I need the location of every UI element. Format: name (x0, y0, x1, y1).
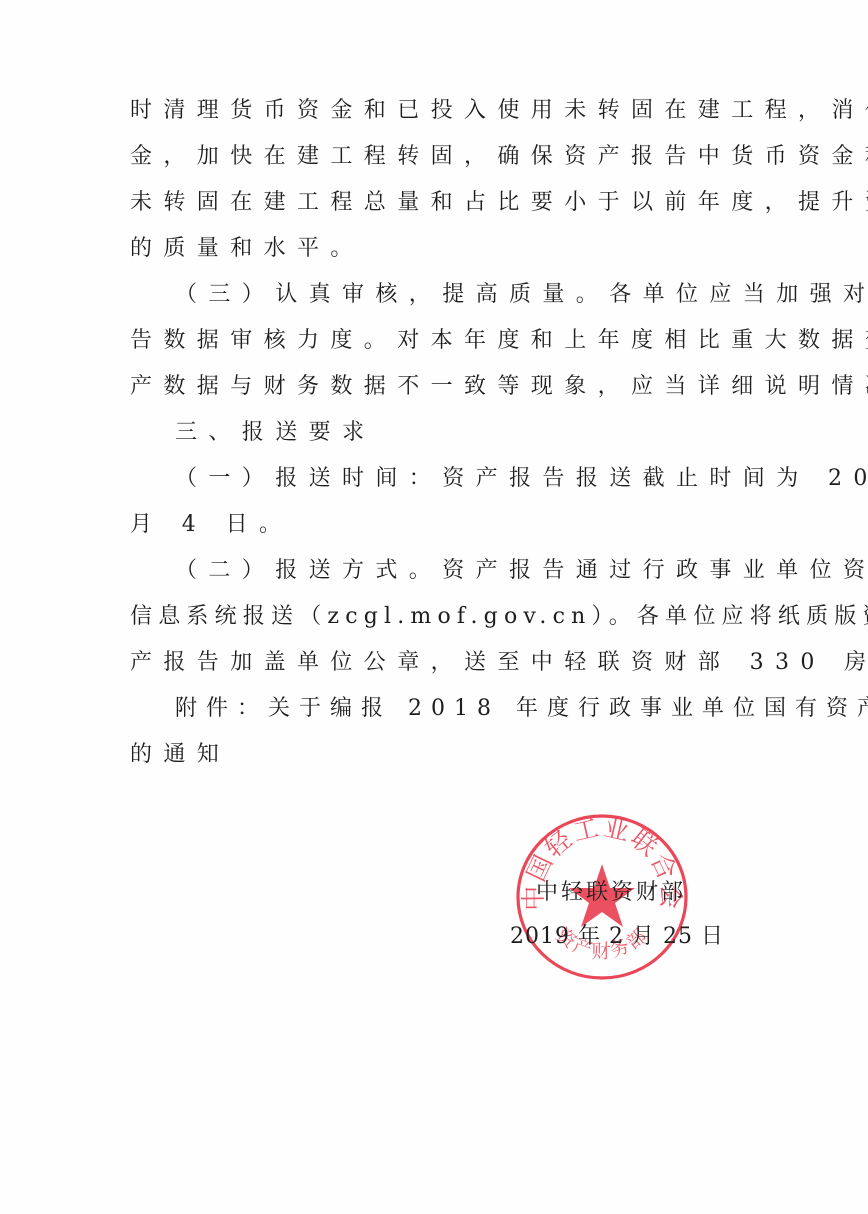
issuer-signature: 中轻联资财部 (536, 870, 686, 916)
text-line: 金，加快在建工程转固，确保资产报告中货币资金和已使用 (130, 134, 740, 180)
paragraph-submission-method: （二）报送方式。资产报告通过行政事业单位资产管理 信息系统报送（zcgl.mof… (130, 548, 740, 686)
paragraph-review-quality: （三）认真审核，提高质量。各单位应当加强对资产报 告数据审核力度。对本年度和上年… (130, 272, 740, 410)
heading-text: 三、报送要求 (130, 410, 740, 456)
text-line: 告数据审核力度。对本年度和上年度相比重大数据变动，资 (130, 318, 740, 364)
issue-date: 2019年2月25日 (510, 914, 732, 960)
paragraph-submission-time: （一）报送时间：资产报告报送截止时间为 2019 年 3 月 4 日。 (130, 456, 740, 548)
date-year-unit: 年 (578, 924, 601, 949)
date-day-unit: 日 (701, 924, 724, 949)
date-month: 2 (609, 924, 624, 949)
text-line: 时清理货币资金和已投入使用未转固在建工程，消化存量资 (130, 88, 740, 134)
text-line: 的质量和水平。 (130, 226, 740, 272)
date-month-unit: 月 (632, 924, 655, 949)
document-body: 时清理货币资金和已投入使用未转固在建工程，消化存量资 金，加快在建工程转固，确保… (130, 88, 740, 778)
paragraph-attachment: 附件：关于编报 2018 年度行政事业单位国有资产报告 的通知 (130, 686, 740, 778)
text-line: 信息系统报送（zcgl.mof.gov.cn）。各单位应将纸质版资 (130, 594, 740, 640)
section-heading-submission: 三、报送要求 (130, 410, 740, 456)
text-line: 未转固在建工程总量和占比要小于以前年度，提升资产管理 (130, 180, 740, 226)
text-line: 附件：关于编报 2018 年度行政事业单位国有资产报告 (130, 686, 740, 732)
paragraph-continuation: 时清理货币资金和已投入使用未转固在建工程，消化存量资 金，加快在建工程转固，确保… (130, 88, 740, 272)
text-line: 产报告加盖单位公章，送至中轻联资财部 330 房间。 (130, 640, 740, 686)
document-page: 时清理货币资金和已投入使用未转固在建工程，消化存量资 金，加快在建工程转固，确保… (0, 0, 868, 1214)
date-day: 25 (663, 924, 693, 949)
text-line: 产数据与财务数据不一致等现象，应当详细说明情况。 (130, 364, 740, 410)
text-line: （二）报送方式。资产报告通过行政事业单位资产管理 (130, 548, 740, 594)
text-line: （一）报送时间：资产报告报送截止时间为 2019 年 3 (130, 456, 740, 502)
text-line: 月 4 日。 (130, 502, 740, 548)
text-line: 的通知 (130, 732, 740, 778)
date-year: 2019 (510, 924, 570, 949)
text-line: （三）认真审核，提高质量。各单位应当加强对资产报 (130, 272, 740, 318)
